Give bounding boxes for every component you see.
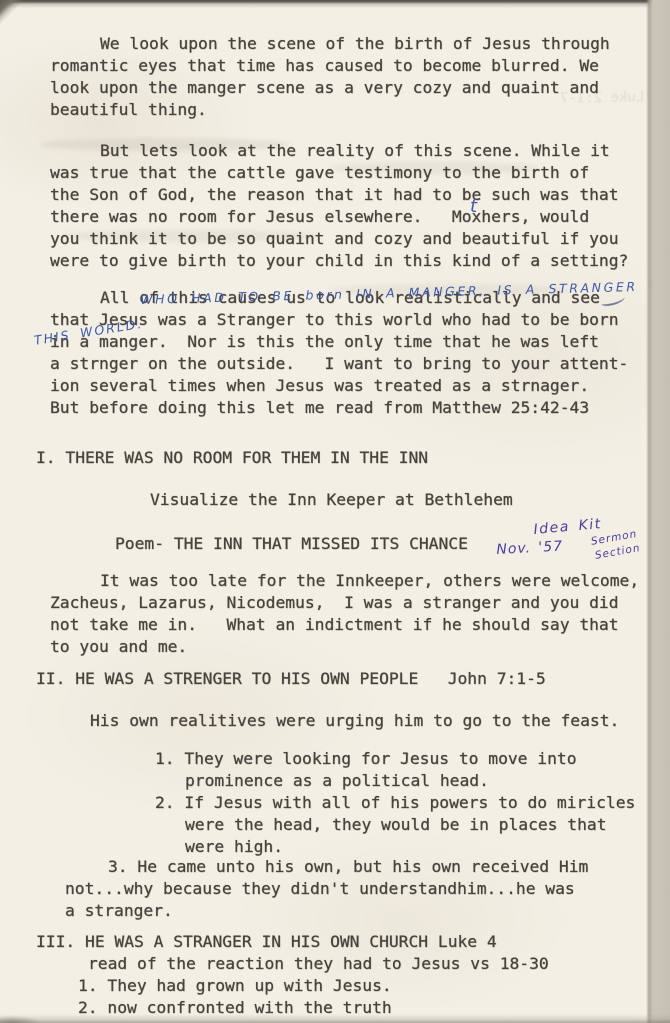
para5-line: His own realitives were urging him to go…: [90, 710, 619, 732]
para3-line: But before doing this let me read from M…: [50, 397, 589, 419]
para2-line: the Son of God, the reason that it had t…: [50, 184, 619, 206]
list-III-item: 1. They had grown up with Jesus.: [78, 975, 392, 997]
para3-line: a strnger on the outside. I want to brin…: [50, 353, 628, 375]
scan-corner-bottom-left: [0, 1009, 60, 1023]
para1-line: look upon the manger scene as a very coz…: [50, 77, 599, 99]
subpoint-visualize: Visualize the Inn Keeper at Bethlehem: [150, 489, 513, 511]
subpoint-poem: Poem- THE INN THAT MISSED ITS CHANCE: [115, 533, 468, 555]
heading-III: III. HE WAS A STRANGER IN HIS OWN CHURCH…: [36, 931, 497, 953]
para1-line: romantic eyes that time has caused to be…: [50, 55, 599, 77]
heading-I: I. THERE WAS NO ROOM FOR THEM IN THE INN: [36, 447, 428, 469]
para3-line: in a manger. Nor is this the only time t…: [50, 331, 599, 353]
handwritten-t-correction: t: [470, 196, 477, 217]
list-II-item: were the head, they would be in places t…: [185, 814, 607, 836]
list-II-item: 1. They were looking for Jesus to move i…: [155, 748, 577, 770]
para4-line: to you and me.: [50, 636, 187, 658]
para2-line: were to give birth to your child in this…: [50, 250, 628, 272]
list-II-item: 2. If Jesus with all of his powers to do…: [155, 792, 635, 814]
para2-line: you think it to be so quaint and cozy an…: [50, 228, 619, 250]
para4-line: Zacheus, Lazarus, Nicodemus, I was a str…: [50, 592, 619, 614]
para1-line: We look upon the scene of the birth of J…: [100, 33, 610, 55]
scanned-sermon-page: Luke 2:1-7 We look upon the scene of the…: [0, 0, 670, 1023]
heading-II: II. HE WAS A STRENGER TO HIS OWN PEOPLE …: [36, 668, 546, 690]
para1-line: beautiful thing.: [50, 99, 207, 121]
list-II-item: were high.: [185, 836, 283, 858]
list-II-item: 3. He came unto his own, but his own rec…: [108, 856, 588, 878]
list-II-item: a stranger.: [65, 900, 173, 922]
scan-edge-right: [646, 0, 670, 1023]
para2-line: But lets look at the reality of this sce…: [100, 140, 610, 162]
para4-line: not take me in. What an indictment if he…: [50, 614, 619, 636]
para2-line: was true that the cattle gave testimony …: [50, 162, 589, 184]
list-II-item: prominence as a political head.: [185, 770, 489, 792]
scan-corner-top-left: [0, 0, 28, 28]
para4-line: It was too late for the Innkeeper, other…: [100, 570, 639, 592]
pen-mark: [600, 294, 625, 308]
list-II-item: not...why because they didn't understand…: [65, 878, 575, 900]
para2-line: there was no room for Jesus elsewhere. M…: [50, 206, 589, 228]
para3-line: ion several times when Jesus was treated…: [50, 375, 589, 397]
handwritten-nov-57: Nov. '57: [496, 539, 563, 558]
scan-edge-bottom: [0, 1013, 670, 1023]
scan-edge-top: [0, 0, 670, 8]
para6-line: read of the reaction they had to Jesus v…: [88, 953, 549, 975]
